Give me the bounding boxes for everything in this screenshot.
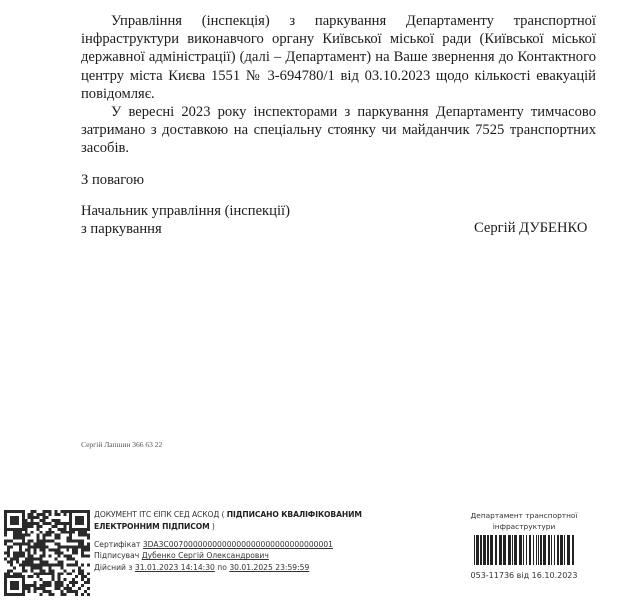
- executor-contact: Сергій Лапшин 366 63 22: [81, 440, 162, 449]
- barcode-icon: [474, 535, 574, 565]
- closing-salutation: З повагою: [81, 172, 144, 189]
- valid-to: 30.01.2025 23:59:59: [229, 563, 309, 572]
- certificate-row: Сертифікат 3DA3C007000000000000000000000…: [94, 539, 394, 550]
- letter-page: Управління (інспекція) з паркування Депа…: [0, 0, 623, 600]
- paragraph-evacuations: У вересні 2023 року інспекторами з парку…: [81, 103, 596, 158]
- validity-row: Дійсний з 31.01.2023 14:14:30 по 30.01.2…: [94, 562, 394, 573]
- paragraph-response: Управління (інспекція) з паркування Депа…: [81, 12, 596, 103]
- qr-code-icon: [4, 510, 90, 596]
- signer-name: Сергій ДУБЕНКО: [474, 220, 587, 237]
- stamp-header: ДОКУМЕНТ ІТС ЄІПК СЕД АСКОД ( ПІДПИСАНО …: [94, 509, 394, 533]
- signer-position: Начальник управління (інспекції) з парку…: [81, 202, 290, 238]
- signer-value: Дубенко Сергій Олександрович: [142, 551, 269, 560]
- signer-row: Підписувач Дубенко Сергій Олександрович: [94, 550, 394, 561]
- position-line-2: з паркування: [81, 220, 290, 238]
- registration-number: 053-11736 від 16.10.2023: [465, 571, 583, 580]
- position-line-1: Начальник управління (інспекції): [81, 202, 290, 220]
- certificate-value: 3DA3C0070000000000000000000000000000001: [143, 540, 333, 549]
- letter-body: Управління (інспекція) з паркування Депа…: [81, 12, 596, 158]
- registration-stamp: Департамент транспортної інфраструктури …: [465, 510, 583, 580]
- reg-department: Департамент транспортної інфраструктури: [465, 510, 583, 532]
- valid-from: 31.01.2023 14:14:30: [135, 563, 215, 572]
- e-signature-stamp: ДОКУМЕНТ ІТС ЄІПК СЕД АСКОД ( ПІДПИСАНО …: [94, 509, 394, 573]
